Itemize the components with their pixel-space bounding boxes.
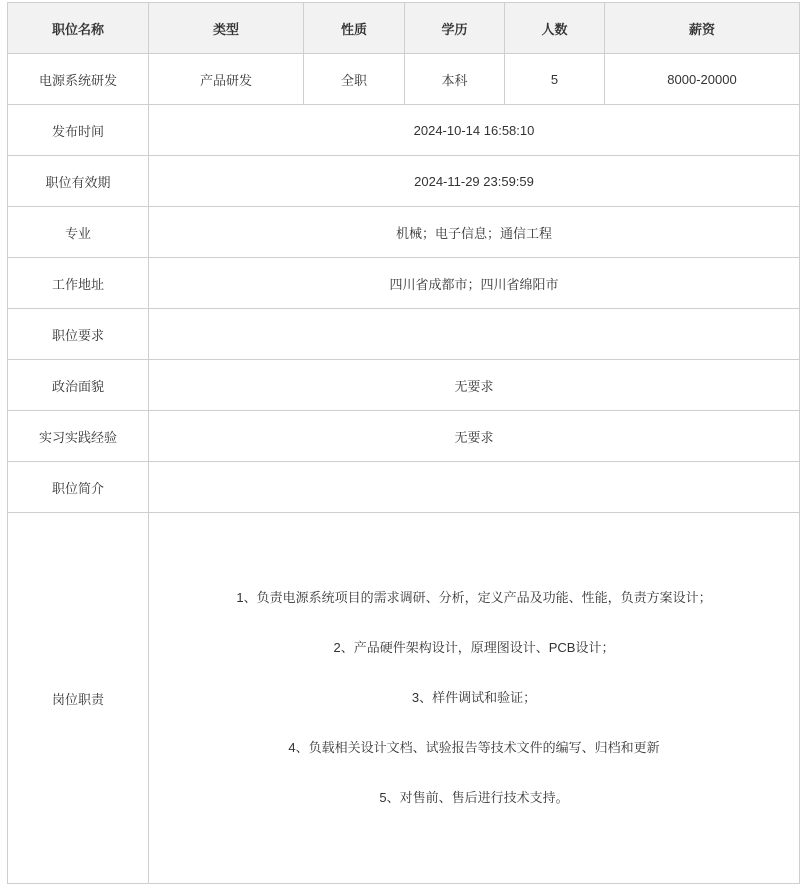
duty-item: 4、负载相关设计文档、试验报告等技术文件的编写、归档和更新 [155, 723, 793, 773]
duties-row: 岗位职责 1、负责电源系统项目的需求调研、分析，定义产品及功能、性能，负责方案设… [8, 513, 800, 884]
duty-item: 5、对售前、售后进行技术支持。 [155, 773, 793, 823]
header-type: 类型 [149, 3, 304, 54]
detail-value [149, 309, 800, 360]
job-education: 本科 [405, 54, 505, 105]
detail-row-major: 专业 机械；电子信息；通信工程 [8, 207, 800, 258]
detail-label: 工作地址 [8, 258, 149, 309]
job-detail-table: 职位名称 类型 性质 学历 人数 薪资 电源系统研发 产品研发 全职 本科 5 … [7, 2, 800, 884]
job-type: 产品研发 [149, 54, 304, 105]
duties-content: 1、负责电源系统项目的需求调研、分析，定义产品及功能、性能，负责方案设计； 2、… [149, 513, 800, 884]
job-title: 电源系统研发 [8, 54, 149, 105]
detail-label: 职位有效期 [8, 156, 149, 207]
duty-item: 3、样件调试和验证； [155, 673, 793, 723]
detail-value [149, 462, 800, 513]
job-headcount: 5 [505, 54, 605, 105]
job-nature: 全职 [304, 54, 405, 105]
job-salary: 8000-20000 [605, 54, 800, 105]
duty-item: 1、负责电源系统项目的需求调研、分析，定义产品及功能、性能，负责方案设计； [155, 573, 793, 623]
detail-row-internship: 实习实践经验 无要求 [8, 411, 800, 462]
detail-row-address: 工作地址 四川省成都市；四川省绵阳市 [8, 258, 800, 309]
detail-value: 无要求 [149, 411, 800, 462]
detail-row-requirements: 职位要求 [8, 309, 800, 360]
header-row: 职位名称 类型 性质 学历 人数 薪资 [8, 3, 800, 54]
detail-value: 2024-11-29 23:59:59 [149, 156, 800, 207]
detail-row-validity: 职位有效期 2024-11-29 23:59:59 [8, 156, 800, 207]
detail-label: 实习实践经验 [8, 411, 149, 462]
detail-label: 发布时间 [8, 105, 149, 156]
duties-label: 岗位职责 [8, 513, 149, 884]
detail-value: 2024-10-14 16:58:10 [149, 105, 800, 156]
header-headcount: 人数 [505, 3, 605, 54]
detail-row-publish-time: 发布时间 2024-10-14 16:58:10 [8, 105, 800, 156]
detail-value: 四川省成都市；四川省绵阳市 [149, 258, 800, 309]
header-education: 学历 [405, 3, 505, 54]
header-title: 职位名称 [8, 3, 149, 54]
duty-item: 2、产品硬件架构设计，原理图设计、PCB设计； [155, 623, 793, 673]
detail-label: 职位简介 [8, 462, 149, 513]
detail-row-intro: 职位简介 [8, 462, 800, 513]
summary-row: 电源系统研发 产品研发 全职 本科 5 8000-20000 [8, 54, 800, 105]
header-nature: 性质 [304, 3, 405, 54]
detail-label: 政治面貌 [8, 360, 149, 411]
detail-label: 职位要求 [8, 309, 149, 360]
header-salary: 薪资 [605, 3, 800, 54]
detail-label: 专业 [8, 207, 149, 258]
detail-value: 无要求 [149, 360, 800, 411]
detail-row-political-status: 政治面貌 无要求 [8, 360, 800, 411]
detail-value: 机械；电子信息；通信工程 [149, 207, 800, 258]
